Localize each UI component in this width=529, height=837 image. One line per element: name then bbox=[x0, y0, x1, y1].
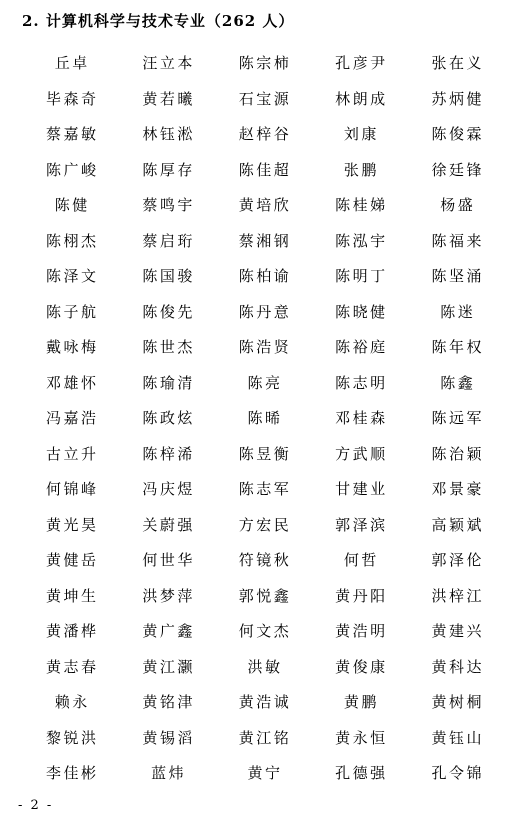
name-cell: 黄俊康 bbox=[313, 650, 409, 686]
name-cell: 陈世杰 bbox=[120, 330, 216, 366]
name-cell: 陈晞 bbox=[217, 401, 313, 437]
name-cell: 邓景豪 bbox=[410, 472, 506, 508]
name-cell: 何世华 bbox=[120, 543, 216, 579]
name-cell: 陈亮 bbox=[217, 366, 313, 402]
name-cell: 冯嘉浩 bbox=[24, 401, 120, 437]
name-cell: 戴咏梅 bbox=[24, 330, 120, 366]
name-cell: 陈浩贤 bbox=[217, 330, 313, 366]
name-cell: 古立升 bbox=[24, 437, 120, 473]
name-cell: 陈远军 bbox=[410, 401, 506, 437]
name-cell: 黄丹阳 bbox=[313, 579, 409, 615]
name-cell: 黄树桐 bbox=[410, 685, 506, 721]
name-cell: 蓝炜 bbox=[120, 756, 216, 792]
name-cell: 何文杰 bbox=[217, 614, 313, 650]
name-cell: 符镜秋 bbox=[217, 543, 313, 579]
name-cell: 关蔚强 bbox=[120, 508, 216, 544]
name-cell: 黄江铭 bbox=[217, 721, 313, 757]
name-cell: 黄锡滔 bbox=[120, 721, 216, 757]
name-cell: 陈俊霖 bbox=[410, 117, 506, 153]
name-cell: 陈俊先 bbox=[120, 295, 216, 331]
name-cell: 甘建业 bbox=[313, 472, 409, 508]
name-cell: 黄铭津 bbox=[120, 685, 216, 721]
name-cell: 汪立本 bbox=[120, 46, 216, 82]
name-cell: 何锦峰 bbox=[24, 472, 120, 508]
name-cell: 郭泽伦 bbox=[410, 543, 506, 579]
name-cell: 陈子航 bbox=[24, 295, 120, 331]
name-cell: 陈昱衡 bbox=[217, 437, 313, 473]
name-cell: 黄江灏 bbox=[120, 650, 216, 686]
name-cell: 赵梓谷 bbox=[217, 117, 313, 153]
name-cell: 赖永 bbox=[24, 685, 120, 721]
name-cell: 陈福来 bbox=[410, 224, 506, 260]
name-cell: 陈梓浠 bbox=[120, 437, 216, 473]
name-cell: 陈桂娣 bbox=[313, 188, 409, 224]
name-cell: 陈厚存 bbox=[120, 153, 216, 189]
name-cell: 陈晓健 bbox=[313, 295, 409, 331]
name-cell: 陈宗柿 bbox=[217, 46, 313, 82]
section-title: 2. 计算机科学与技术专业（262 人） bbox=[22, 10, 294, 31]
name-cell: 陈坚涌 bbox=[410, 259, 506, 295]
name-cell: 陈年权 bbox=[410, 330, 506, 366]
name-cell: 陈泽文 bbox=[24, 259, 120, 295]
name-cell: 何哲 bbox=[313, 543, 409, 579]
name-cell: 陈健 bbox=[24, 188, 120, 224]
name-cell: 陈栩杰 bbox=[24, 224, 120, 260]
name-cell: 石宝源 bbox=[217, 82, 313, 118]
name-cell: 陈鑫 bbox=[410, 366, 506, 402]
name-cell: 陈柏谕 bbox=[217, 259, 313, 295]
name-cell: 林朗成 bbox=[313, 82, 409, 118]
name-cell: 黄志春 bbox=[24, 650, 120, 686]
name-cell: 陈明丁 bbox=[313, 259, 409, 295]
name-cell: 黄宁 bbox=[217, 756, 313, 792]
name-cell: 陈迷 bbox=[410, 295, 506, 331]
name-cell: 蔡湘钢 bbox=[217, 224, 313, 260]
document-page: 2. 计算机科学与技术专业（262 人） 丘卓汪立本陈宗柿孔彦尹张在义毕森奇黄若… bbox=[0, 0, 529, 837]
name-cell: 张鹏 bbox=[313, 153, 409, 189]
name-grid: 丘卓汪立本陈宗柿孔彦尹张在义毕森奇黄若曦石宝源林朗成苏炳健蔡嘉敏林钰淞赵梓谷刘康… bbox=[24, 46, 506, 792]
name-cell: 黎锐洪 bbox=[24, 721, 120, 757]
name-cell: 张在义 bbox=[410, 46, 506, 82]
name-cell: 杨盛 bbox=[410, 188, 506, 224]
name-cell: 孔彦尹 bbox=[313, 46, 409, 82]
name-cell: 洪敏 bbox=[217, 650, 313, 686]
name-cell: 林钰淞 bbox=[120, 117, 216, 153]
name-cell: 陈泓宇 bbox=[313, 224, 409, 260]
name-cell: 黄光昊 bbox=[24, 508, 120, 544]
name-cell: 陈瑜清 bbox=[120, 366, 216, 402]
name-cell: 黄建兴 bbox=[410, 614, 506, 650]
name-cell: 陈广峻 bbox=[24, 153, 120, 189]
name-cell: 陈丹意 bbox=[217, 295, 313, 331]
name-cell: 陈志明 bbox=[313, 366, 409, 402]
name-cell: 黄鹏 bbox=[313, 685, 409, 721]
name-cell: 陈志军 bbox=[217, 472, 313, 508]
name-cell: 黄浩明 bbox=[313, 614, 409, 650]
name-cell: 蔡启珩 bbox=[120, 224, 216, 260]
name-cell: 黄培欣 bbox=[217, 188, 313, 224]
name-cell: 徐廷锋 bbox=[410, 153, 506, 189]
name-cell: 黄潘桦 bbox=[24, 614, 120, 650]
name-cell: 黄广鑫 bbox=[120, 614, 216, 650]
name-cell: 陈政炫 bbox=[120, 401, 216, 437]
page-number: - 2 - bbox=[18, 798, 53, 813]
name-cell: 黄若曦 bbox=[120, 82, 216, 118]
name-cell: 毕森奇 bbox=[24, 82, 120, 118]
name-cell: 冯庆煜 bbox=[120, 472, 216, 508]
name-cell: 陈国骏 bbox=[120, 259, 216, 295]
name-cell: 方宏民 bbox=[217, 508, 313, 544]
name-cell: 李佳彬 bbox=[24, 756, 120, 792]
name-cell: 陈佳超 bbox=[217, 153, 313, 189]
name-cell: 邓桂森 bbox=[313, 401, 409, 437]
name-cell: 方武顺 bbox=[313, 437, 409, 473]
name-cell: 黄永恒 bbox=[313, 721, 409, 757]
name-cell: 孔令锦 bbox=[410, 756, 506, 792]
name-cell: 洪梓江 bbox=[410, 579, 506, 615]
name-cell: 黄科达 bbox=[410, 650, 506, 686]
name-cell: 孔德强 bbox=[313, 756, 409, 792]
name-cell: 郭泽滨 bbox=[313, 508, 409, 544]
name-cell: 黄健岳 bbox=[24, 543, 120, 579]
name-cell: 高颖斌 bbox=[410, 508, 506, 544]
name-cell: 陈裕庭 bbox=[313, 330, 409, 366]
name-cell: 蔡嘉敏 bbox=[24, 117, 120, 153]
name-cell: 苏炳健 bbox=[410, 82, 506, 118]
name-cell: 陈治颖 bbox=[410, 437, 506, 473]
name-cell: 邓雄怀 bbox=[24, 366, 120, 402]
name-cell: 黄坤生 bbox=[24, 579, 120, 615]
name-cell: 洪梦萍 bbox=[120, 579, 216, 615]
name-cell: 蔡鸣宇 bbox=[120, 188, 216, 224]
name-cell: 郭悦鑫 bbox=[217, 579, 313, 615]
name-cell: 刘康 bbox=[313, 117, 409, 153]
name-cell: 黄钰山 bbox=[410, 721, 506, 757]
name-cell: 丘卓 bbox=[24, 46, 120, 82]
name-cell: 黄浩诚 bbox=[217, 685, 313, 721]
